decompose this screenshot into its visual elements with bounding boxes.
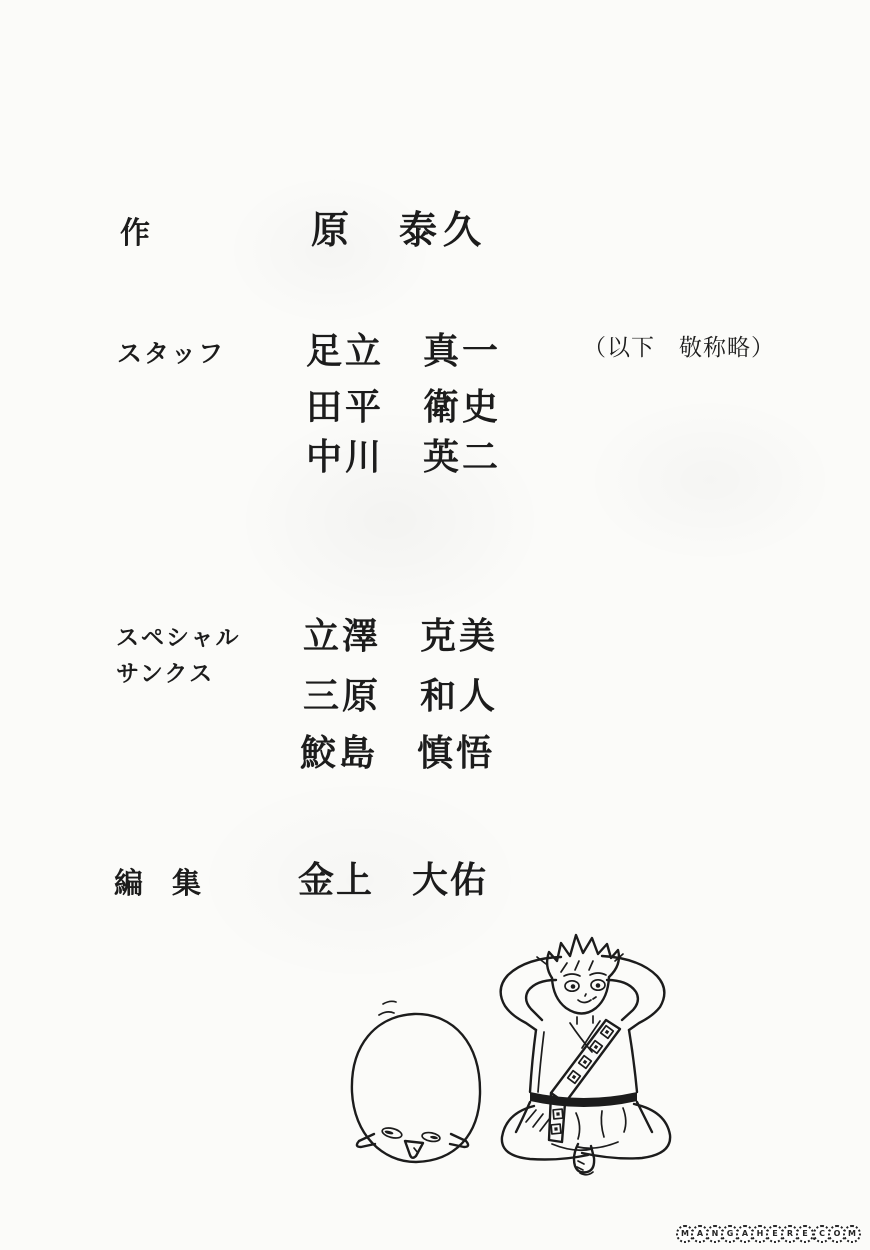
staff-name: 中川 英二 <box>306 440 501 476</box>
staff-name: 足立 真一 <box>306 334 501 370</box>
special-thanks-label-line2: サンクス <box>116 663 214 686</box>
watermark-letter-badge: M <box>843 1225 861 1243</box>
mangahere-watermark: MANGAHERECOM <box>676 1225 861 1243</box>
editor-role-label: 編 集 <box>114 869 201 898</box>
author-name: 原 泰久 <box>311 211 487 249</box>
special-thanks-name: 三原 和人 <box>303 679 498 715</box>
mascot-bird-illustration <box>352 1001 480 1162</box>
manga-credits-page: 作 原 泰久 スタッフ 足立 真一 （以下 敬称略） 田平 衛史 中川 英二 ス… <box>0 0 870 1250</box>
staff-role-label: スタッフ <box>117 341 225 366</box>
special-thanks-name: 鮫島 慎悟 <box>300 736 495 772</box>
mascot-illustration <box>330 920 700 1185</box>
honorifics-omitted-note: （以下 敬称略） <box>583 337 775 360</box>
watermark-letter-badge: E <box>796 1225 814 1243</box>
special-thanks-label-line1: スペシャル <box>116 627 241 650</box>
special-thanks-name: 立澤 克美 <box>303 619 498 655</box>
staff-name: 田平 衛史 <box>306 390 501 426</box>
editor-name: 金上 大佑 <box>298 863 488 899</box>
author-role-label: 作 <box>120 219 150 249</box>
mascot-boy-illustration <box>501 935 670 1175</box>
